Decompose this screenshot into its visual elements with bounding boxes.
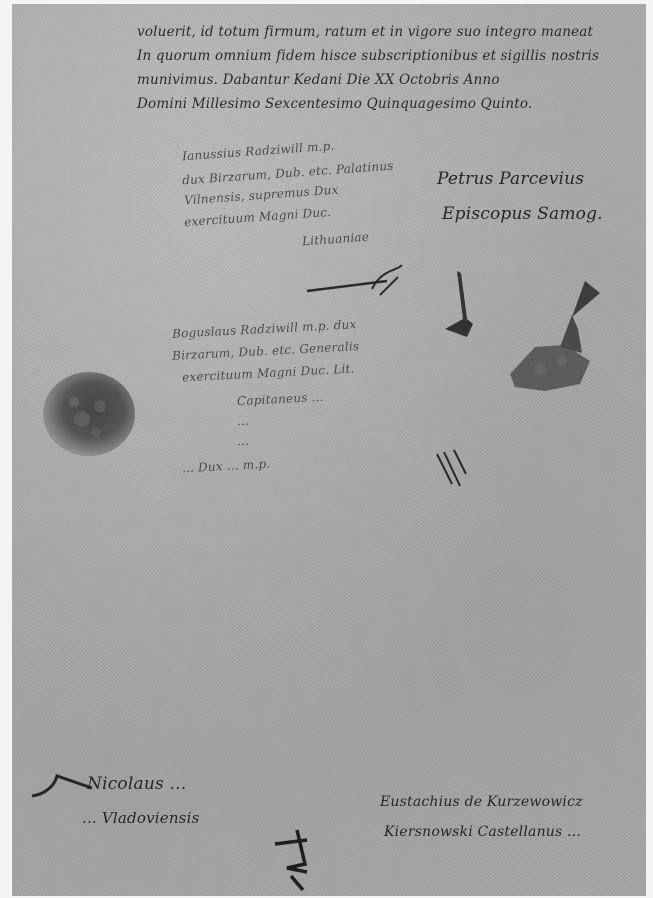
body-line-1: voluerit, id totum firmum, ratum et in v… — [137, 24, 593, 40]
manuscript-page: voluerit, id totum firmum, ratum et in v… — [12, 4, 646, 896]
signature-line: Lithuaniae — [302, 230, 370, 249]
signature-line: Ianussius Radziwill m.p. — [182, 139, 335, 164]
signature-line: Vilnensis, supremus Dux — [184, 183, 339, 208]
signature-line: ... — [237, 434, 250, 449]
body-line-2: In quorum omnium fidem hisce subscriptio… — [137, 48, 599, 64]
body-line-4: Domini Millesimo Sexcentesimo Quinquages… — [137, 96, 532, 112]
signature-flourish-icon — [302, 259, 412, 299]
right-wax-seal-icon — [490, 269, 610, 394]
signature-line: ... Vladoviensis — [82, 809, 199, 827]
body-line-3: munivimus. Dabantur Kedani Die XX Octobr… — [137, 72, 500, 88]
signature-line: dux Birzarum, Dub. etc. Palatinus — [182, 159, 394, 188]
signature-line: Kiersnowski Castellanus ... — [384, 824, 581, 840]
signature-line: ... — [237, 414, 250, 429]
signature-line: exercituum Magni Duc. — [184, 205, 332, 229]
signature-line: Petrus Parcevius — [437, 169, 584, 189]
signature-line: exercituum Magni Duc. Lit. — [182, 361, 355, 384]
signature-flourish-icon — [267, 824, 327, 894]
signature-line: Eustachius de Kurzewowicz — [380, 794, 583, 810]
left-wax-seal-icon — [34, 364, 144, 464]
signature-line: Nicolaus ... — [87, 774, 186, 794]
signature-flourish-icon — [432, 444, 472, 494]
signature-line: Capitaneus ... — [237, 390, 324, 409]
signature-line: Birzarum, Dub. etc. Generalis — [172, 339, 360, 363]
seal-ribbon-icon — [437, 269, 477, 344]
signature-line: ... Dux ... m.p. — [182, 457, 271, 476]
signature-line: Episcopus Samog. — [442, 204, 603, 224]
signature-line: Boguslaus Radziwill m.p. dux — [172, 317, 357, 341]
